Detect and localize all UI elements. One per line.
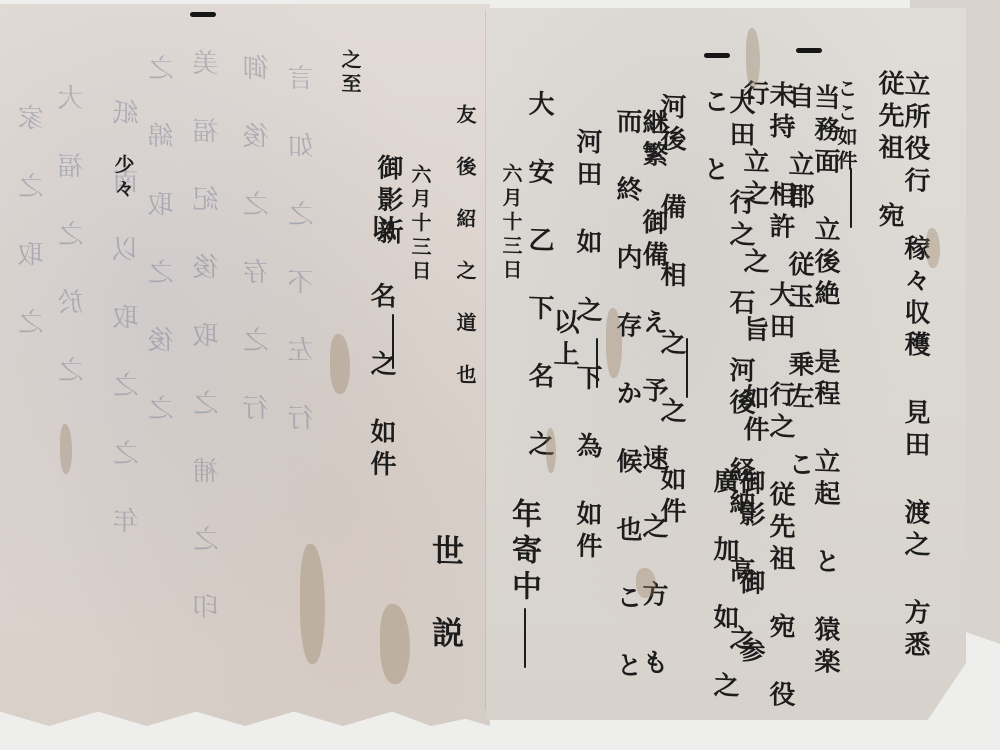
item-marker bbox=[190, 12, 216, 17]
item-marker: 一 bbox=[704, 53, 730, 58]
bleed-through-text: 美 福 紀 後 取 之 補 之 印 bbox=[195, 49, 221, 625]
closing-word: 以上 bbox=[551, 308, 577, 373]
text-column: 御影 御 参 廣 加 如 之 bbox=[711, 467, 763, 721]
brush-stroke bbox=[596, 338, 598, 388]
addressee-column: 年寄中 bbox=[508, 497, 538, 606]
brush-stroke bbox=[850, 168, 852, 228]
bleed-through-text: 之 綿 取 之 後 之 bbox=[150, 54, 176, 426]
stain bbox=[636, 568, 656, 598]
brush-stroke bbox=[392, 314, 394, 369]
text-column: 友 後 紹 之 道 也 bbox=[455, 104, 475, 389]
stain bbox=[746, 28, 760, 88]
addressee-column: 世 説 bbox=[430, 533, 462, 654]
date-column: 六月十三日 bbox=[410, 164, 430, 285]
text-column: 継繁 御備 え 予 速 之 方 も 而 終 内 存 か 候 也 こ と bbox=[614, 107, 666, 721]
stain bbox=[546, 428, 556, 473]
text-column: 立所役行 稼々収穫 見田 渡之 方悉 従先祖 宛 bbox=[876, 69, 928, 721]
signature-column: 以 名 之 如件 bbox=[368, 214, 394, 483]
item-marker: 一 bbox=[796, 48, 822, 53]
text-fragment: 少々 bbox=[113, 154, 133, 203]
stain bbox=[330, 334, 350, 394]
bleed-through-text: 言 如 之 不 左 行 bbox=[290, 64, 316, 436]
date-column: 六月十三日 bbox=[501, 163, 521, 284]
stain bbox=[926, 228, 940, 268]
right-page: 立所役行 稼々収穫 見田 渡之 方悉 従先祖 宛 ここ如件 一 当務面 立後絶 … bbox=[486, 8, 966, 720]
bleed-through-text: 家 之 取 之 bbox=[20, 104, 46, 340]
bleed-through-text: 大 福 之 於 之 bbox=[60, 84, 86, 388]
stain bbox=[300, 544, 325, 664]
text-fragment: 之至 bbox=[340, 49, 360, 98]
brush-stroke bbox=[686, 338, 688, 398]
text-column: 大 安 乙 下 名 之 bbox=[526, 90, 552, 463]
bleed-through-text: 御 後 之 存 之 行 bbox=[245, 54, 271, 426]
brush-stroke bbox=[524, 608, 526, 668]
left-page: 家 之 取 之 大 福 之 於 之 紙 南 以 取 之 之 年 之 綿 取 之 … bbox=[0, 4, 490, 726]
stain bbox=[60, 424, 72, 474]
stain bbox=[380, 604, 410, 684]
